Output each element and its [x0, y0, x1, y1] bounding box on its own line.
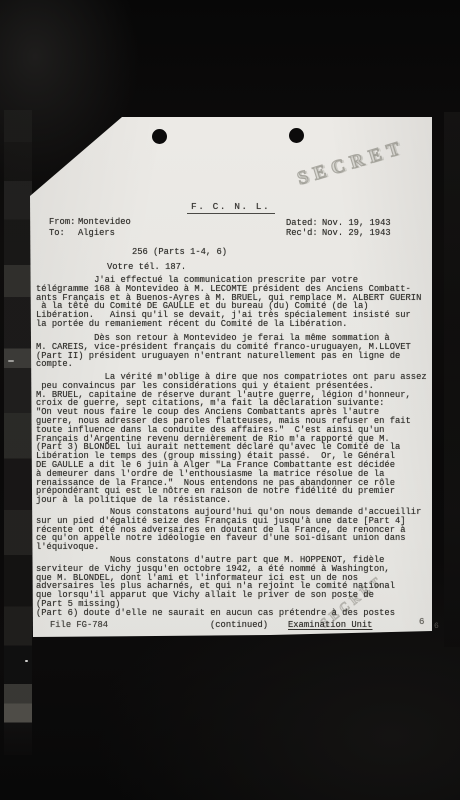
page-number-mark: 6: [419, 617, 424, 628]
reference-line: Votre tél. 187.: [107, 262, 186, 273]
document-title: F. C. N. L.: [187, 201, 275, 214]
body-paragraph-2: Dès son retour à Montevideo je ferai la …: [36, 334, 411, 369]
body-paragraph-4: Nous constatons aujourd'hui qu'on nous d…: [36, 508, 421, 552]
to-value: Algiers: [78, 228, 115, 239]
received-value: Nov. 29, 1943: [322, 228, 391, 239]
from-value: Montevideo: [78, 217, 131, 228]
punch-hole: [289, 128, 304, 143]
body-paragraph-5: Nous constatons d'autre part que M. HOPP…: [36, 556, 395, 618]
film-edge-strip: [4, 110, 32, 755]
message-number: 256 (Parts 1-4, 6): [132, 247, 227, 258]
photo-background: 6 SECRET SECRET F. C. N. L. From: Montev…: [0, 0, 460, 800]
to-label: To:: [49, 228, 65, 239]
film-edge-strip-right: [444, 112, 460, 647]
file-number: File FG-784: [50, 620, 108, 631]
punch-hole: [152, 129, 167, 144]
body-paragraph-1: J'ai effectué la communication prescrite…: [36, 276, 421, 329]
document-paper: SECRET SECRET F. C. N. L. From: Montevid…: [30, 117, 432, 637]
from-label: From:: [49, 217, 75, 228]
received-label: Rec'd:: [286, 228, 318, 239]
examination-unit-label: Examination Unit: [288, 620, 372, 631]
dated-label: Dated:: [286, 218, 318, 229]
dated-value: Nov. 19, 1943: [322, 218, 391, 229]
continued-note: (continued): [210, 620, 268, 631]
secret-stamp: SECRET: [295, 137, 409, 191]
body-paragraph-3: La vérité m'oblige à dire que nos compat…: [36, 373, 427, 505]
film-speck: [25, 660, 28, 662]
film-speck: [8, 360, 14, 362]
edge-page-mark: 6: [434, 622, 439, 631]
